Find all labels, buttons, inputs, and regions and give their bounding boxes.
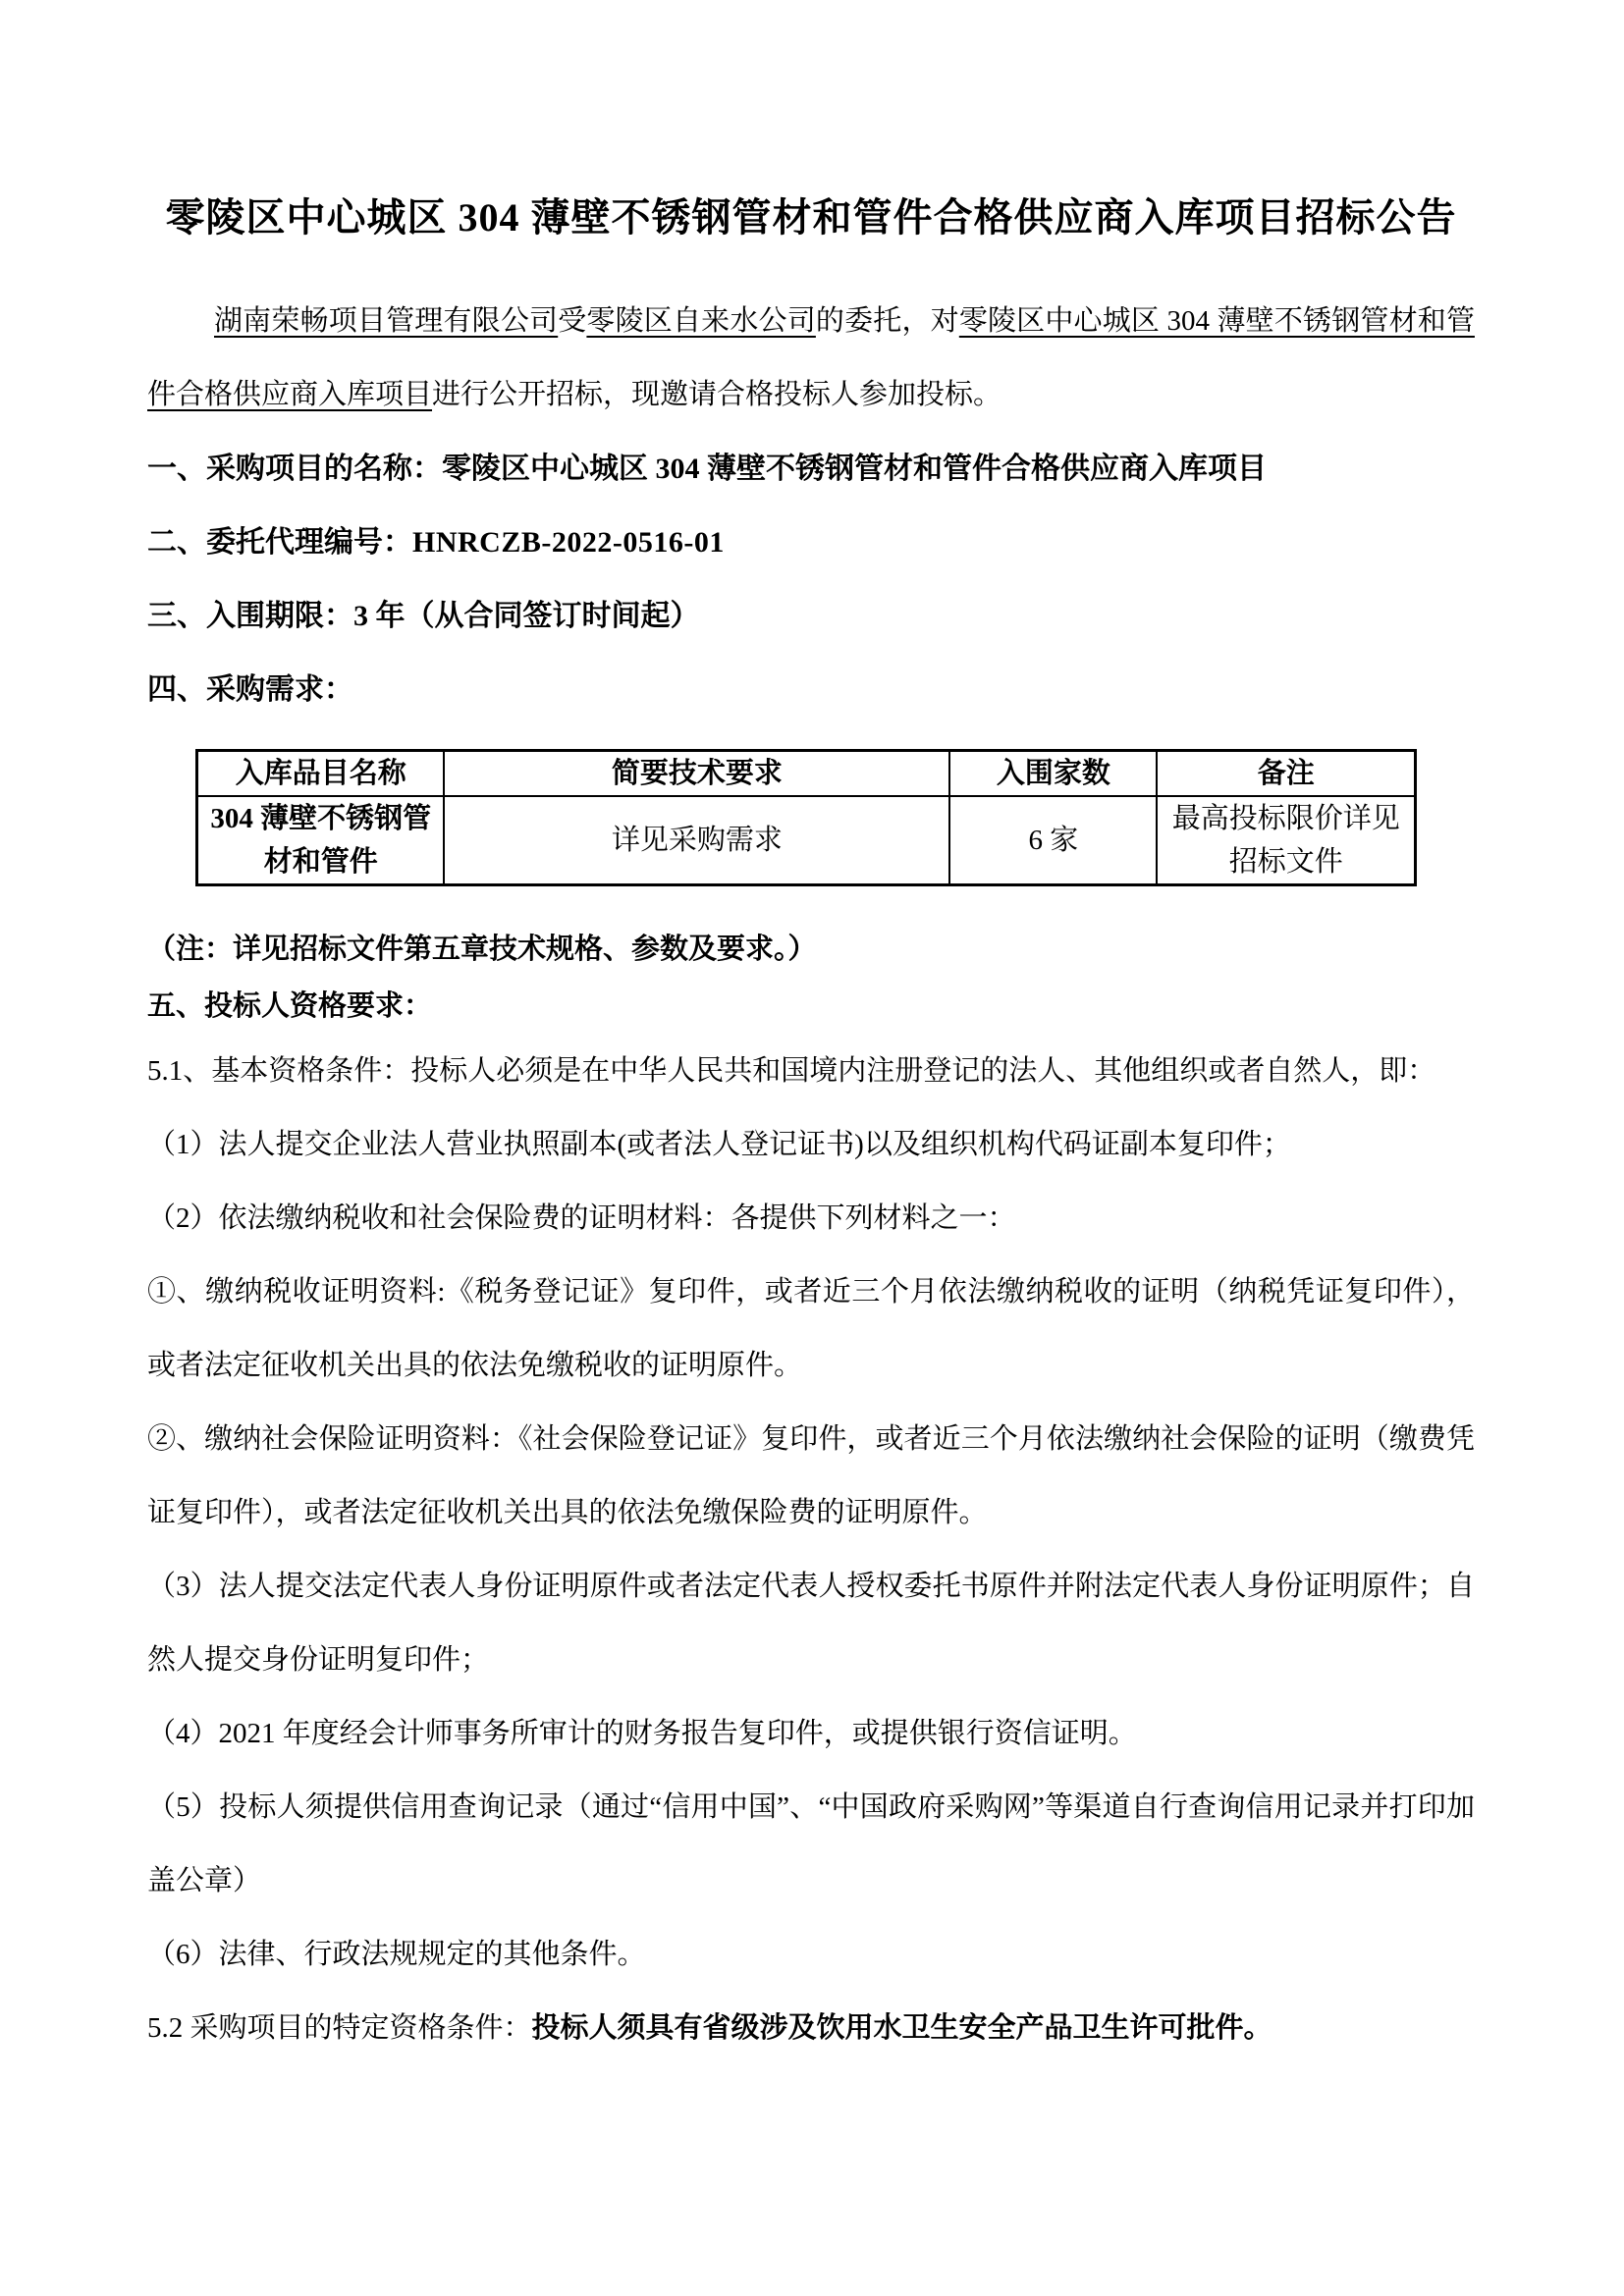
cell-item-name: 304 薄壁不锈钢管材和管件 bbox=[197, 796, 445, 885]
qualification-item-5: （5）投标人须提供信用查询记录（通过“信用中国”、“中国政府采购网”等渠道自行查… bbox=[147, 1771, 1475, 1918]
col-header-shortlist-count: 入围家数 bbox=[949, 751, 1157, 797]
special-qualification-value: 投标人须具有省级涉及饮用水卫生安全产品卫生许可批件。 bbox=[532, 2012, 1272, 2044]
col-header-item-name: 入库品目名称 bbox=[197, 751, 445, 797]
document-content: 零陵区中心城区 304 薄壁不锈钢管材和管件合格供应商入库项目招标公告 湖南荣畅… bbox=[147, 0, 1475, 2065]
table-row: 304 薄壁不锈钢管材和管件 详见采购需求 6 家 最高投标限价详见招标文件 bbox=[197, 796, 1416, 885]
heading-bidder-qualification: 五、投标人资格要求： bbox=[147, 978, 1475, 1035]
heading-project-name: 一、采购项目的名称：零陵区中心城区 304 薄壁不锈钢管材和管件合格供应商入库项… bbox=[147, 432, 1475, 506]
procurement-table: 入库品目名称 简要技术要求 入围家数 备注 304 薄壁不锈钢管材和管件 详见采… bbox=[195, 749, 1417, 886]
special-qualification-label: 5.2 采购项目的特定资格条件： bbox=[147, 2012, 532, 2044]
agency-name: 湖南荣畅项目管理有限公司 bbox=[214, 305, 558, 337]
intro-connector-2: 的委托，对 bbox=[816, 305, 959, 337]
intro-connector-1: 受 bbox=[558, 305, 586, 337]
special-qualification: 5.2 采购项目的特定资格条件：投标人须具有省级涉及饮用水卫生安全产品卫生许可批… bbox=[147, 1992, 1475, 2065]
qualification-item-6: （6）法律、行政法规规定的其他条件。 bbox=[147, 1918, 1475, 1992]
cell-remarks: 最高投标限价详见招标文件 bbox=[1157, 796, 1415, 885]
intro-tail: 进行公开招标，现邀请合格投标人参加投标。 bbox=[432, 379, 1001, 410]
agency-number-label: 二、委托代理编号： bbox=[147, 526, 412, 559]
heading-agency-number: 二、委托代理编号：HNRCZB-2022-0516-01 bbox=[147, 506, 1475, 579]
heading-procurement-demand: 四、采购需求： bbox=[147, 653, 1475, 726]
qualification-item-social-insurance: ②、缴纳社会保险证明资料：《社会保险登记证》复印件，或者近三个月依法缴纳社会保险… bbox=[147, 1403, 1475, 1550]
qualification-item-3: （3）法人提交法定代表人身份证明原件或者法定代表人授权委托书原件并附法定代表人身… bbox=[147, 1550, 1475, 1697]
qualification-item-5-1: 5.1、基本资格条件：投标人必须是在中华人民共和国境内注册登记的法人、其他组织或… bbox=[147, 1035, 1475, 1108]
cell-tech-requirement: 详见采购需求 bbox=[444, 796, 949, 885]
col-header-remarks: 备注 bbox=[1157, 751, 1415, 797]
table-note: （注：详见招标文件第五章技术规格、参数及要求。） bbox=[147, 921, 1475, 978]
col-header-tech-requirement: 简要技术要求 bbox=[444, 751, 949, 797]
page-title: 零陵区中心城区 304 薄壁不锈钢管材和管件合格供应商入库项目招标公告 bbox=[147, 192, 1475, 243]
qualification-item-tax: ①、缴纳税收证明资料:《税务登记证》复印件，或者近三个月依法缴纳税收的证明（纳税… bbox=[147, 1255, 1475, 1403]
cell-shortlist-count: 6 家 bbox=[949, 796, 1157, 885]
intro-paragraph: 湖南荣畅项目管理有限公司受零陵区自来水公司的委托，对零陵区中心城区 304 薄壁… bbox=[147, 285, 1475, 432]
client-name: 零陵区自来水公司 bbox=[586, 305, 815, 337]
qualification-item-1: （1）法人提交企业法人营业执照副本(或者法人登记证书)以及组织机构代码证副本复印… bbox=[147, 1108, 1475, 1182]
document-page: 零陵区中心城区 304 薄壁不锈钢管材和管件合格供应商入库项目招标公告 湖南荣畅… bbox=[0, 0, 1624, 2296]
qualification-item-2: （2）依法缴纳税收和社会保险费的证明材料：各提供下列材料之一： bbox=[147, 1182, 1475, 1255]
qualification-item-4: （4）2021 年度经会计师事务所审计的财务报告复印件，或提供银行资信证明。 bbox=[147, 1697, 1475, 1771]
heading-shortlist-period: 三、入围期限：3 年（从合同签订时间起） bbox=[147, 579, 1475, 653]
agency-number-value: HNRCZB-2022-0516-01 bbox=[412, 526, 725, 559]
table-header-row: 入库品目名称 简要技术要求 入围家数 备注 bbox=[197, 751, 1416, 797]
